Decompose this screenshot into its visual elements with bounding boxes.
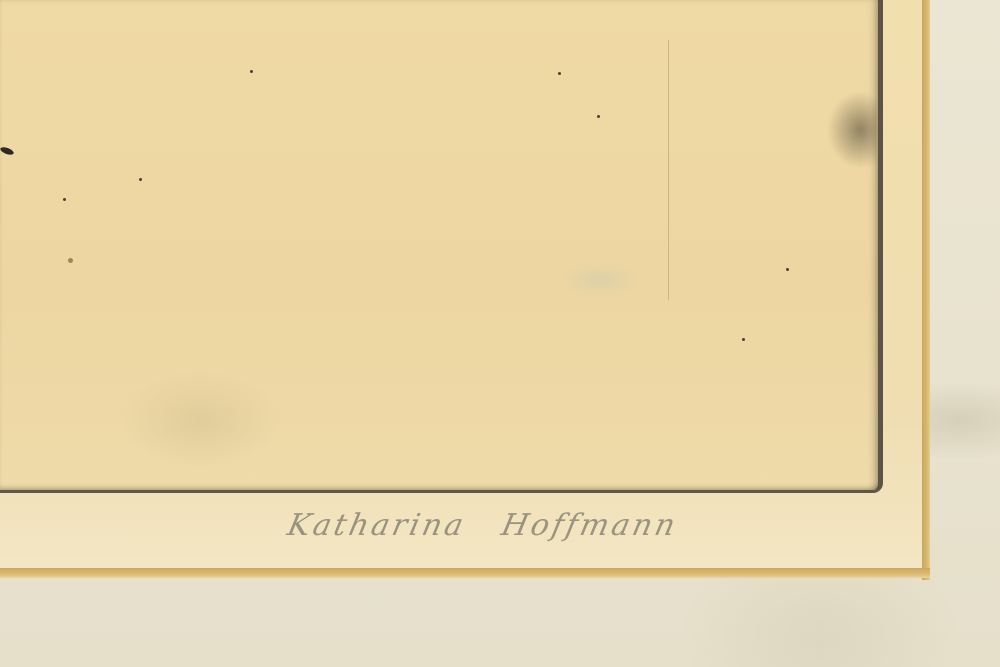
speck [597, 115, 600, 118]
stain [68, 258, 73, 263]
print-paper: Katharina Hoffmann [0, 0, 922, 568]
mat-board: Katharina Hoffmann [0, 0, 1000, 667]
ink-smudge [822, 85, 877, 175]
artist-signature: Katharina Hoffmann [288, 500, 848, 550]
speck [63, 198, 66, 201]
etching-plate-impression [0, 0, 883, 493]
plate-scratch [668, 40, 669, 300]
speck [139, 178, 142, 181]
speck [558, 72, 561, 75]
speck [250, 70, 253, 73]
signature-first-name: Katharina [284, 508, 469, 543]
ink-mark [0, 146, 15, 156]
mat-bevel-right [922, 0, 930, 580]
mat-bevel-bottom [0, 568, 930, 578]
signature-last-name: Hoffmann [498, 508, 681, 543]
speck [786, 268, 789, 271]
speck [742, 338, 745, 341]
